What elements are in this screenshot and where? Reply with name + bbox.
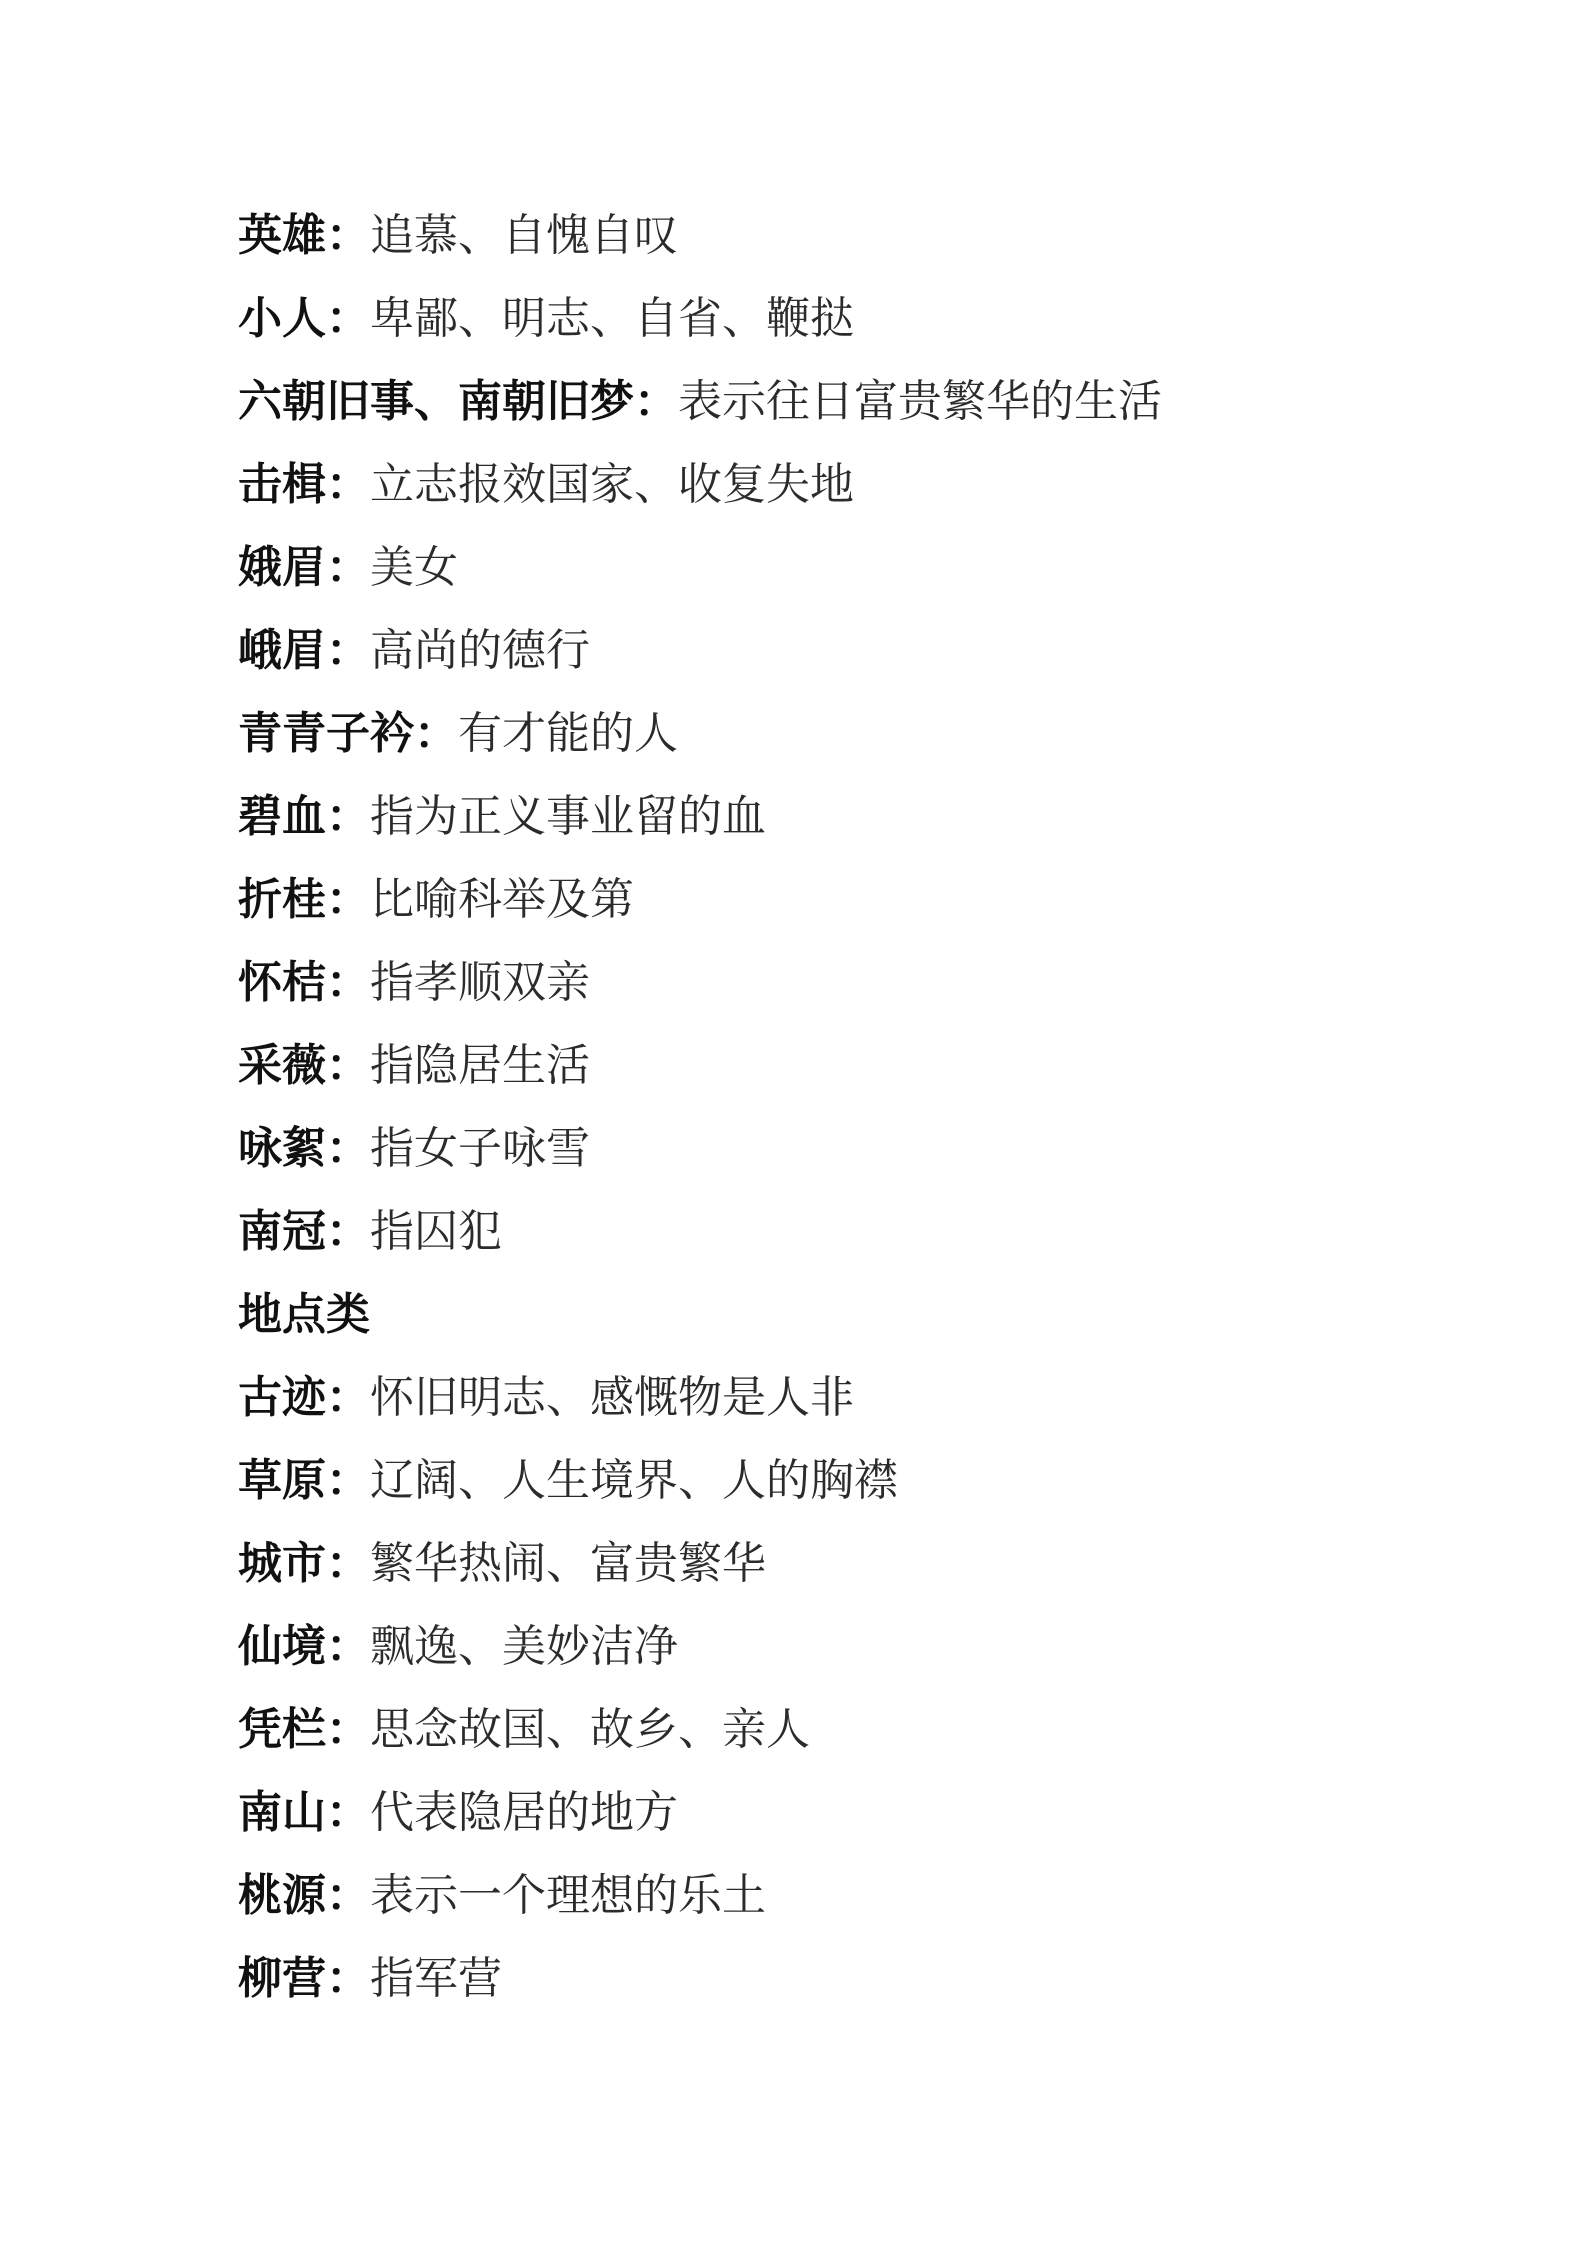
list-item: 南山：代表隐居的地方: [238, 1771, 1527, 1854]
term-description: 繁华热闹、富贵繁华: [370, 1539, 766, 1588]
term-description: 表示往日富贵繁华的生活: [678, 377, 1162, 426]
term-label: 小人：: [238, 294, 370, 343]
document-page: 英雄：追慕、自愧自叹小人：卑鄙、明志、自省、鞭挞六朝旧事、南朝旧梦：表示往日富贵…: [0, 0, 1587, 2245]
term-description: 指为正义事业留的血: [370, 792, 766, 841]
list-item: 咏絮：指女子咏雪: [238, 1107, 1527, 1190]
term-description: 指囚犯: [370, 1207, 502, 1256]
definition-list: 英雄：追慕、自愧自叹小人：卑鄙、明志、自省、鞭挞六朝旧事、南朝旧梦：表示往日富贵…: [238, 194, 1527, 2020]
list-item: 小人：卑鄙、明志、自省、鞭挞: [238, 277, 1527, 360]
section-header: 地点类: [238, 1273, 1527, 1356]
term-label: 击楫：: [238, 460, 370, 509]
term-label: 碧血：: [238, 792, 370, 841]
list-item: 英雄：追慕、自愧自叹: [238, 194, 1527, 277]
term-description: 卑鄙、明志、自省、鞭挞: [370, 294, 854, 343]
term-label: 草原：: [238, 1456, 370, 1505]
list-item: 怀桔：指孝顺双亲: [238, 941, 1527, 1024]
term-label: 古迹：: [238, 1373, 370, 1422]
list-item: 峨眉：高尚的德行: [238, 609, 1527, 692]
list-item: 柳营：指军营: [238, 1937, 1527, 2020]
list-item: 折桂：比喻科举及第: [238, 858, 1527, 941]
list-item: 凭栏：思念故国、故乡、亲人: [238, 1688, 1527, 1771]
term-label: 桃源：: [238, 1871, 370, 1920]
term-description: 高尚的德行: [370, 626, 590, 675]
term-label: 英雄：: [238, 211, 370, 260]
term-label: 凭栏：: [238, 1705, 370, 1754]
list-item: 草原：辽阔、人生境界、人的胸襟: [238, 1439, 1527, 1522]
term-description: 比喻科举及第: [370, 875, 634, 924]
term-label: 青青子衿：: [238, 709, 458, 758]
term-description: 追慕、自愧自叹: [370, 211, 678, 260]
term-description: 指隐居生活: [370, 1041, 590, 1090]
list-item: 青青子衿：有才能的人: [238, 692, 1527, 775]
term-description: 立志报效国家、收复失地: [370, 460, 854, 509]
list-item: 采薇：指隐居生活: [238, 1024, 1527, 1107]
term-description: 表示一个理想的乐土: [370, 1871, 766, 1920]
term-description: 怀旧明志、感慨物是人非: [370, 1373, 854, 1422]
term-description: 指孝顺双亲: [370, 958, 590, 1007]
term-label: 六朝旧事、南朝旧梦：: [238, 377, 678, 426]
list-item: 碧血：指为正义事业留的血: [238, 775, 1527, 858]
term-label: 南冠：: [238, 1207, 370, 1256]
term-label: 峨眉：: [238, 626, 370, 675]
list-item: 古迹：怀旧明志、感慨物是人非: [238, 1356, 1527, 1439]
term-label: 城市：: [238, 1539, 370, 1588]
list-item: 击楫：立志报效国家、收复失地: [238, 443, 1527, 526]
term-label: 南山：: [238, 1788, 370, 1837]
term-description: 思念故国、故乡、亲人: [370, 1705, 810, 1754]
term-description: 代表隐居的地方: [370, 1788, 678, 1837]
list-item: 南冠：指囚犯: [238, 1190, 1527, 1273]
list-item: 桃源：表示一个理想的乐土: [238, 1854, 1527, 1937]
term-label: 咏絮：: [238, 1124, 370, 1173]
term-label: 柳营：: [238, 1954, 370, 2003]
term-description: 指女子咏雪: [370, 1124, 590, 1173]
list-item: 娥眉：美女: [238, 526, 1527, 609]
term-description: 辽阔、人生境界、人的胸襟: [370, 1456, 898, 1505]
term-label: 采薇：: [238, 1041, 370, 1090]
term-label: 娥眉：: [238, 543, 370, 592]
list-item: 六朝旧事、南朝旧梦：表示往日富贵繁华的生活: [238, 360, 1527, 443]
term-label: 仙境：: [238, 1622, 370, 1671]
list-item: 仙境：飘逸、美妙洁净: [238, 1605, 1527, 1688]
term-description: 飘逸、美妙洁净: [370, 1622, 678, 1671]
term-label: 地点类: [238, 1290, 370, 1339]
term-label: 怀桔：: [238, 958, 370, 1007]
list-item: 城市：繁华热闹、富贵繁华: [238, 1522, 1527, 1605]
term-label: 折桂：: [238, 875, 370, 924]
term-description: 指军营: [370, 1954, 502, 2003]
term-description: 美女: [370, 543, 458, 592]
term-description: 有才能的人: [458, 709, 678, 758]
